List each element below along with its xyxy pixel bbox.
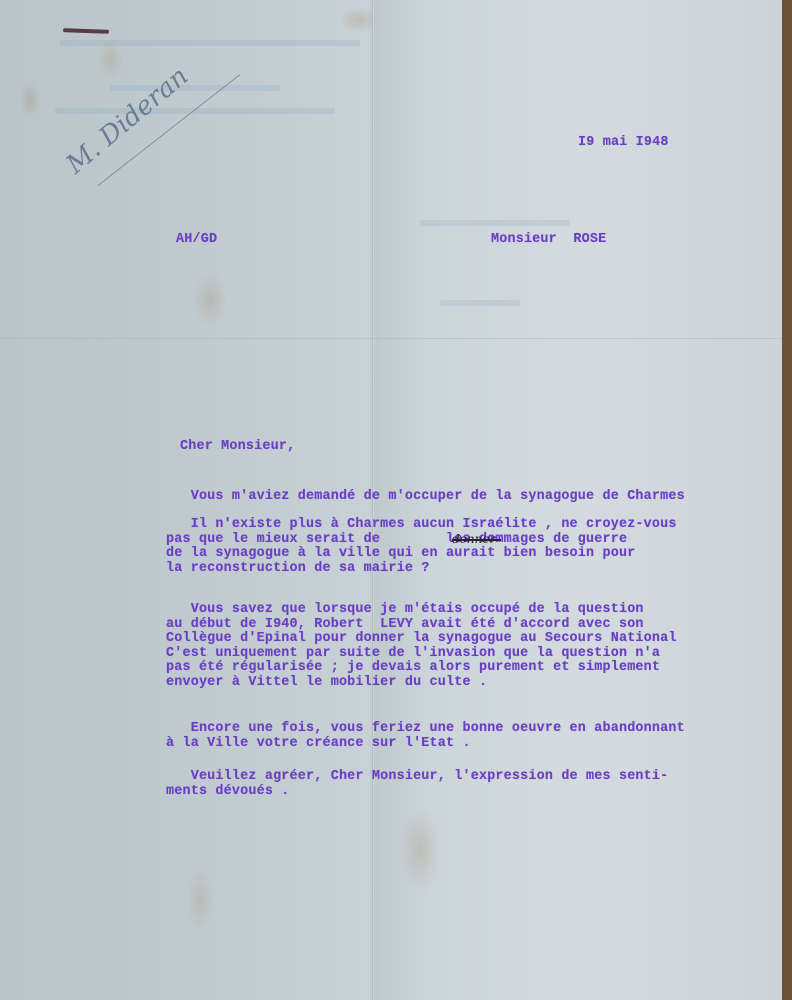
salutation: Cher Monsieur, — [180, 440, 295, 455]
letter-paper: M. Dideran I9 mai I948 AH/GD Monsieur RO… — [0, 0, 782, 1000]
paragraph-4: Encore une fois, vous feriez une bonne o… — [166, 722, 685, 751]
closing: Veuillez agréer, Cher Monsieur, l'expres… — [166, 770, 668, 799]
reference-initials: AH/GD — [176, 233, 217, 248]
horizontal-fold-crease — [0, 338, 782, 339]
letter-date: I9 mai I948 — [578, 136, 669, 151]
faded-letterhead-line — [110, 85, 280, 91]
faded-address-line — [440, 300, 520, 306]
faded-address-line — [420, 220, 570, 226]
handwritten-crossed-out-word: donner — [452, 532, 495, 546]
recipient: Monsieur ROSE — [491, 233, 606, 248]
paragraph-3: Vous savez que lorsque je m'étais occupé… — [166, 603, 677, 690]
staple — [63, 28, 109, 34]
paragraph-2: Il n'existe plus à Charmes aucun Israéli… — [166, 518, 677, 576]
paragraph-1: Vous m'aviez demandé de m'occuper de la … — [166, 490, 685, 505]
faded-letterhead-line — [60, 40, 360, 46]
